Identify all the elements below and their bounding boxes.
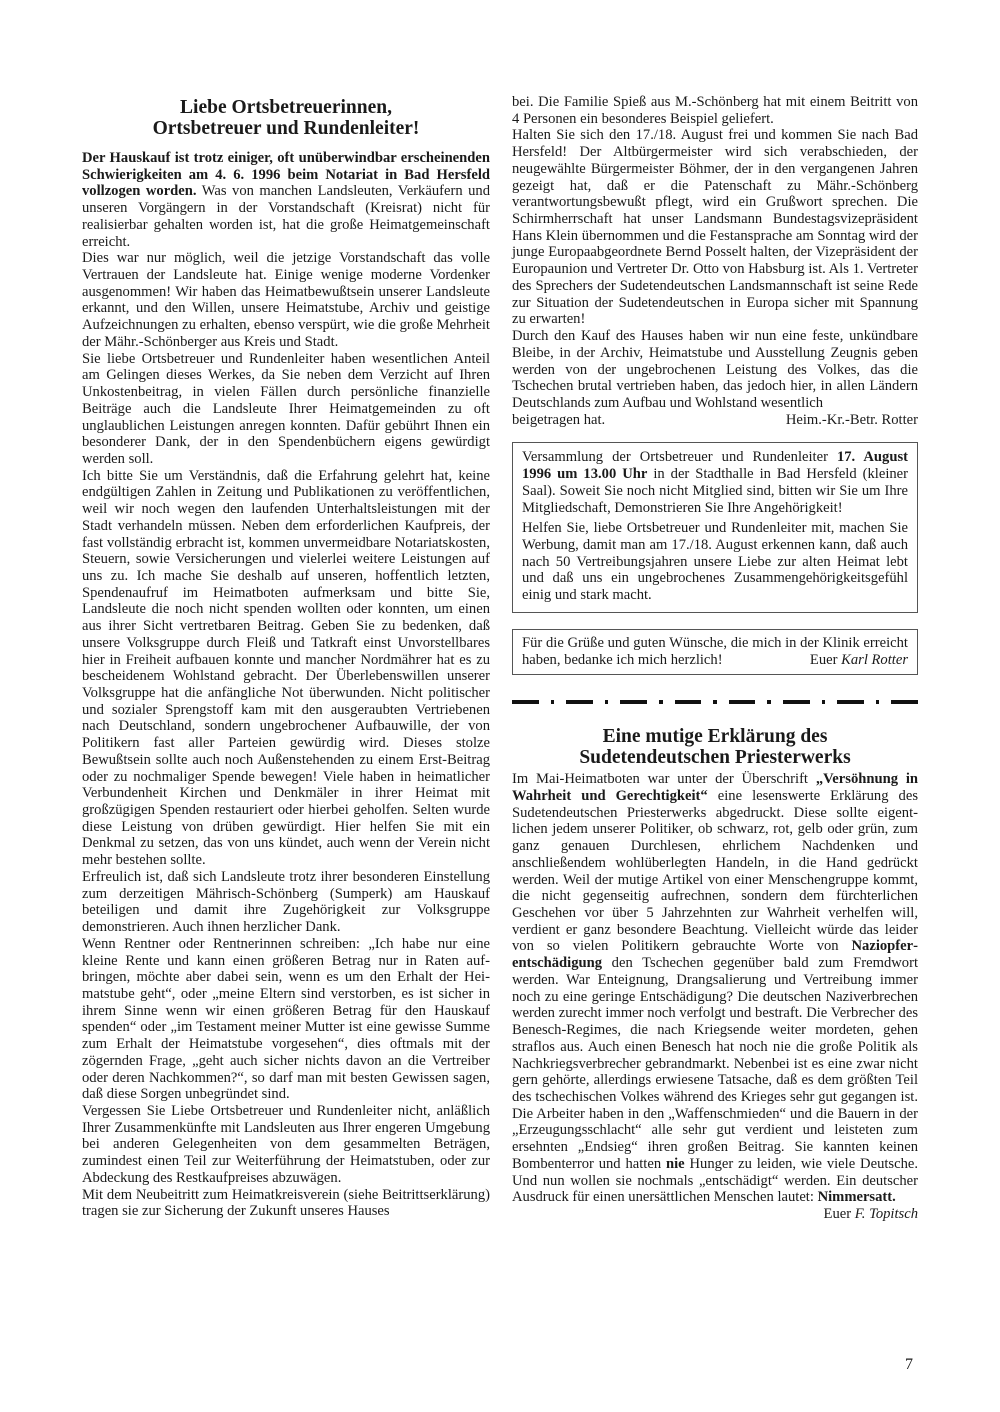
right-column: bei. Die Familie Spieß aus M.-Schönberg … xyxy=(512,94,918,1223)
divider-dot xyxy=(822,700,826,704)
divider-dot xyxy=(659,700,663,704)
dash-dot-divider xyxy=(512,700,918,704)
left-column: Liebe Ortsbetreuerinnen, Ortsbetreuer un… xyxy=(82,94,490,1220)
divider-dash xyxy=(729,700,756,704)
divider-dash xyxy=(783,700,810,704)
page-number: 7 xyxy=(905,1356,913,1374)
thanks-text: Für die Grüße und guten Wünsche, die mic… xyxy=(522,635,908,668)
divider-dot xyxy=(713,700,717,704)
appeal-text: Helfen Sie, liebe Ortsbetreuer und Runde… xyxy=(522,520,908,604)
body-paragraph: Ich bitte Sie um Verständnis, daß die Er… xyxy=(82,468,490,869)
divider-dash xyxy=(675,700,702,704)
bold-word: Nimmersatt. xyxy=(818,1189,896,1205)
title-line-2: Sudetendeutschen Priesterwerks xyxy=(579,747,850,768)
body-text: Im Mai-Heimatboten war unter der Übersch… xyxy=(512,771,816,787)
divider-dash xyxy=(566,700,593,704)
signature-line: beigetragen hat. Heim.-Kr.-Betr. Rotter xyxy=(512,412,918,429)
continuation-paragraph: bei. Die Familie Spieß aus M.-Schönberg … xyxy=(512,94,918,127)
thanks-signature: Euer Karl Rotter xyxy=(810,652,908,669)
signature-prefix: Euer xyxy=(824,1206,855,1222)
title-line-2: Ortsbetreuer und Rundenleiter! xyxy=(153,118,420,139)
signature-name: Karl Rotter xyxy=(841,652,908,668)
divider-dash xyxy=(837,700,864,704)
divider-dash xyxy=(620,700,647,704)
meeting-notice-box: Versammlung der Ortsbetreuer und Rundenl… xyxy=(512,442,918,612)
body-paragraph: Dies war nur möglich, weil die jetzige V… xyxy=(82,250,490,350)
notice-text: Versammlung der Ortsbetreuer und Rundenl… xyxy=(522,449,837,465)
bold-word: nie xyxy=(666,1156,685,1172)
divider-dot xyxy=(551,700,555,704)
divider-dash xyxy=(512,700,539,704)
lead-paragraph: Der Hauskauf ist trotz einiger, oft unüb… xyxy=(82,150,490,250)
body-paragraph: Erfreulich ist, daß sich Landsleute trot… xyxy=(82,869,490,936)
body-paragraph: Sie liebe Ortsbetreuer und Rundenleiter … xyxy=(82,351,490,468)
second-article-title: Eine mutige Erklärung des Sudetendeutsch… xyxy=(512,726,918,768)
body-paragraph: Vergessen Sie Liebe Ortsbetreuer und Run… xyxy=(82,1103,490,1187)
signature-name: F. Topitsch xyxy=(855,1206,918,1222)
divider-dot xyxy=(605,700,609,704)
meeting-notice-text: Versammlung der Ortsbetreuer und Rundenl… xyxy=(522,449,908,516)
signature-prefix: Euer xyxy=(810,652,841,668)
author-signature: Heim.-Kr.-Betr. Rotter xyxy=(786,412,918,429)
divider-dot xyxy=(876,700,880,704)
second-article-signature: Euer F. Topitsch xyxy=(512,1206,918,1223)
divider-dot xyxy=(767,700,771,704)
article-title: Liebe Ortsbetreuerinnen, Ortsbetreuer un… xyxy=(82,97,490,139)
closing-text: beigetragen hat. xyxy=(512,412,605,429)
divider-dash xyxy=(891,700,918,704)
second-article-body: Im Mai-Heimatboten war unter der Übersch… xyxy=(512,771,918,1206)
continuation-paragraph: Halten Sie sich den 17./18. August frei … xyxy=(512,127,918,328)
title-line-1: Liebe Ortsbetreuerinnen, xyxy=(180,97,392,118)
body-text: eine lesenswerte Erklärung des Sudetende… xyxy=(512,788,918,954)
title-line-1: Eine mutige Erklärung des xyxy=(603,726,828,747)
continuation-paragraph: Durch den Kauf des Hauses haben wir nun … xyxy=(512,328,918,412)
thanks-box: Für die Grüße und guten Wünsche, die mic… xyxy=(512,629,918,675)
body-text: den Tschechen gegenüber bald zum Fremdwo… xyxy=(512,955,918,1172)
body-paragraph: Wenn Rentner oder Rentnerinnen schreiben… xyxy=(82,936,490,1103)
body-paragraph: Mit dem Neubeitritt zum Heimatkreisverei… xyxy=(82,1187,490,1220)
